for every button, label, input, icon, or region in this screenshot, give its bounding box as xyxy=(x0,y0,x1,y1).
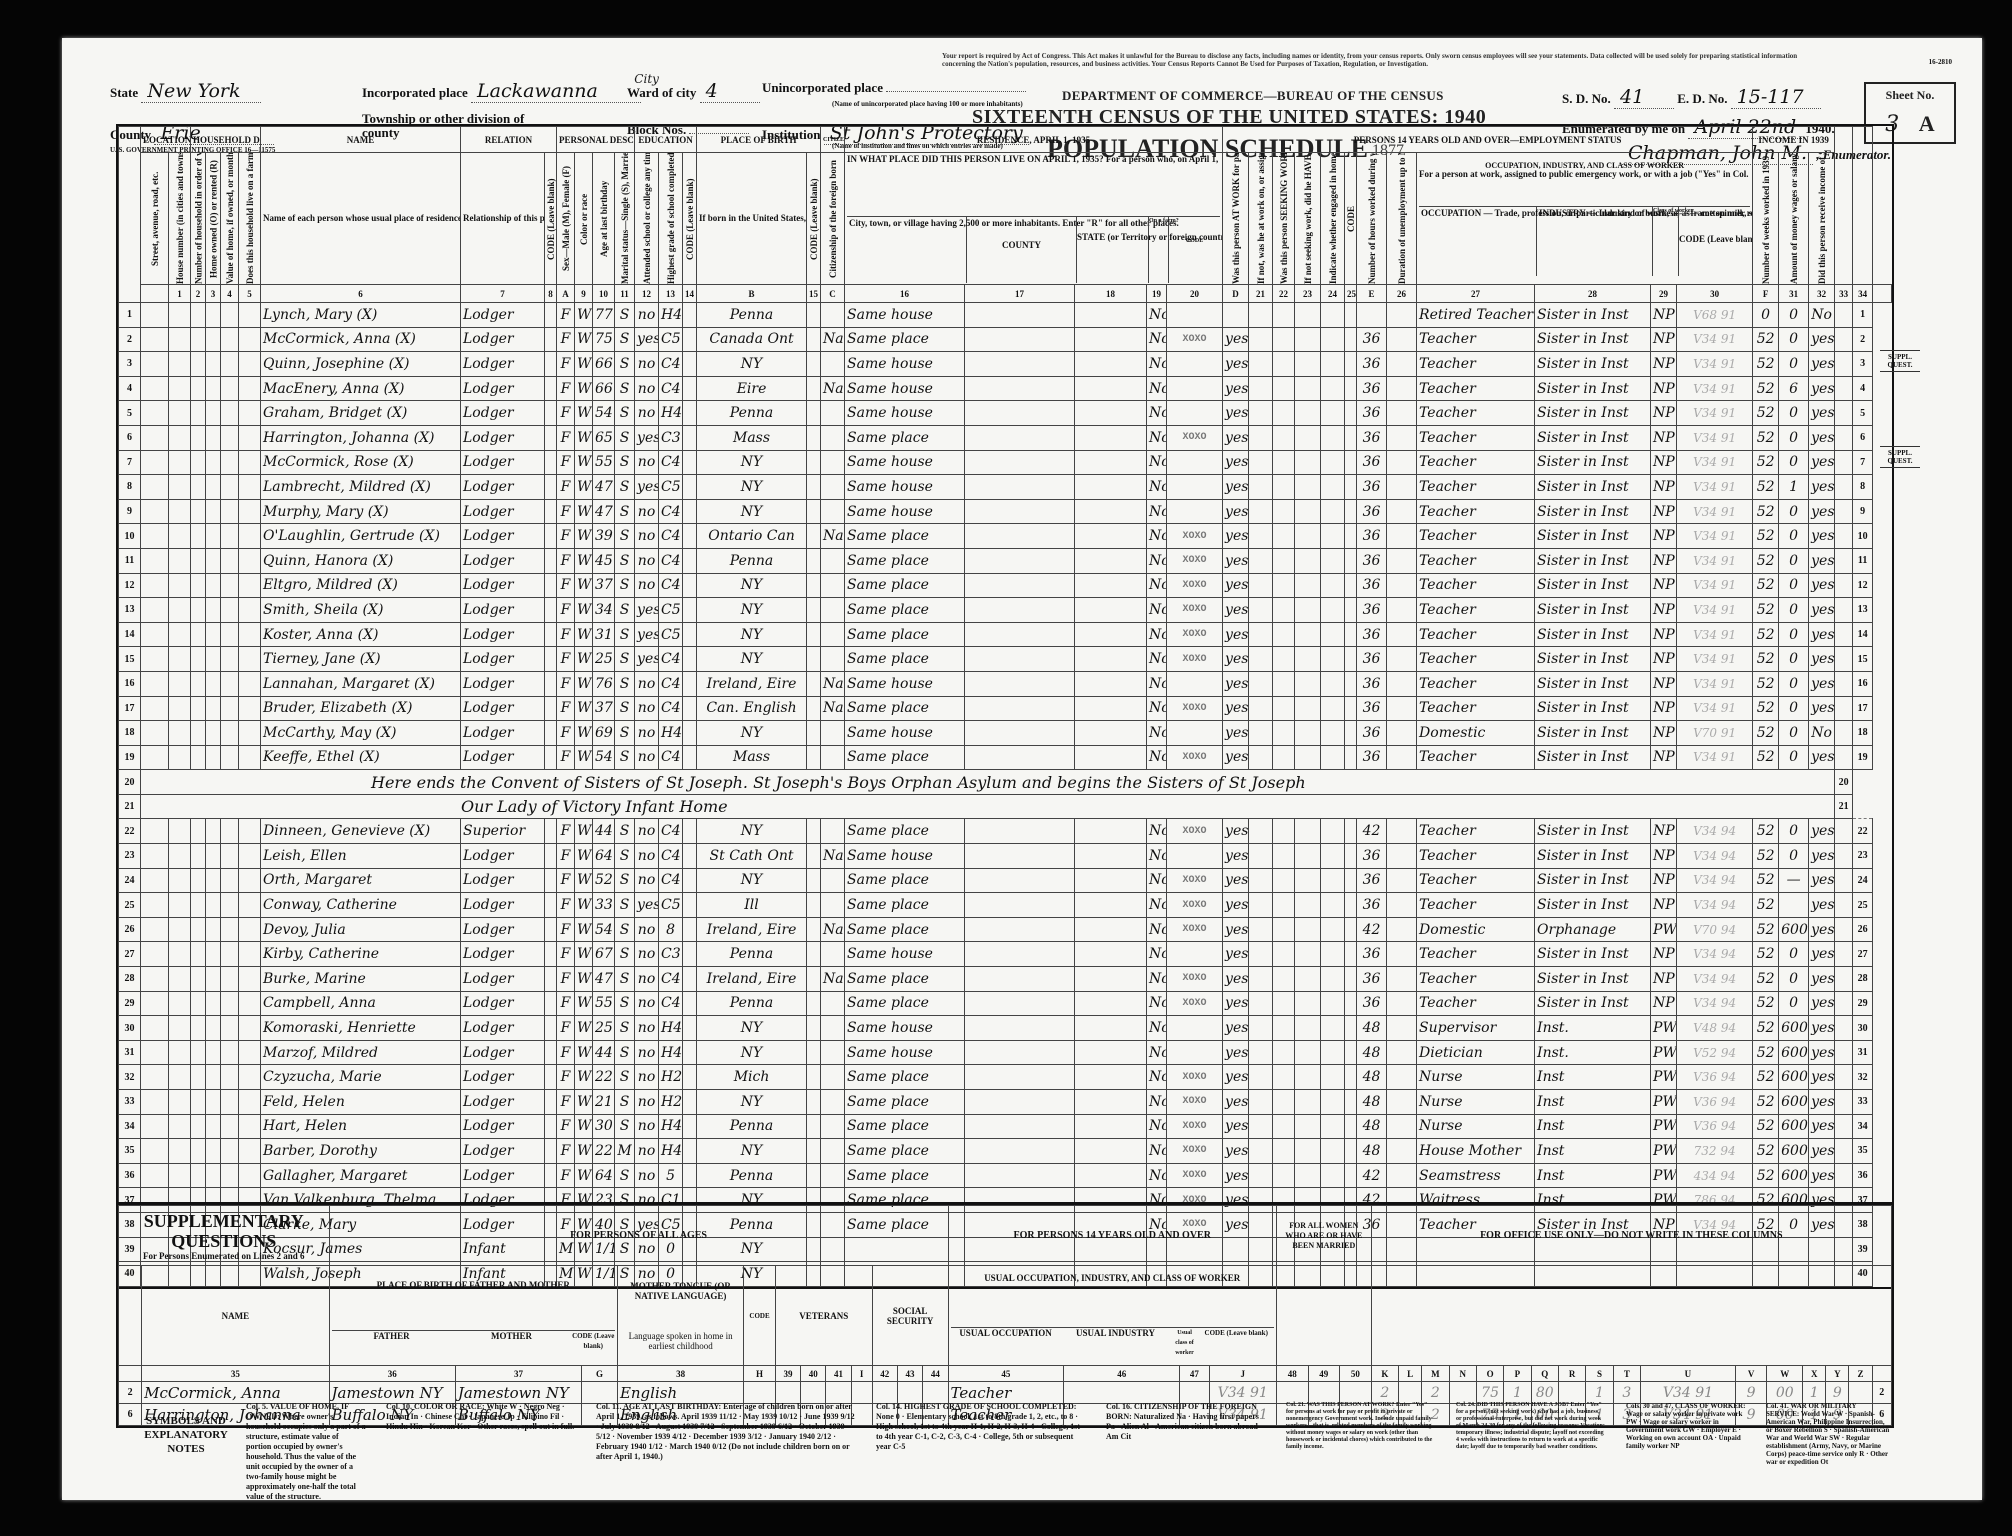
person-row: 12Eltgro, Mildred (X)LodgerFW37SnoC4NYSa… xyxy=(119,573,1892,598)
cell-hours: 36 xyxy=(1357,622,1387,647)
cell-xoxo xyxy=(1167,499,1223,524)
cell-grade: C3 xyxy=(659,942,683,967)
cell-relation: Lodger xyxy=(461,376,545,401)
empty-cell xyxy=(1345,450,1357,475)
cell-hours: 36 xyxy=(1357,573,1387,598)
cell-name: Kirby, Catherine xyxy=(261,942,461,967)
empty-cell xyxy=(1249,598,1273,623)
empty-cell xyxy=(239,819,261,844)
cell-hours: 36 xyxy=(1357,450,1387,475)
cell-atwork: yes xyxy=(1223,475,1249,500)
empty-cell xyxy=(1345,573,1357,598)
empty-cell xyxy=(1273,450,1295,475)
cell-relation: Lodger xyxy=(461,991,545,1016)
person-row: 29Campbell, AnnaLodgerFW55SnoC4PennaSame… xyxy=(119,991,1892,1016)
cell-name: Marzof, Mildred xyxy=(261,1040,461,1065)
cell-industry: Sister in Inst xyxy=(1535,868,1651,893)
empty-cell xyxy=(1273,352,1295,377)
empty-cell xyxy=(1273,475,1295,500)
empty-cell xyxy=(1295,450,1321,475)
cell-occupation: Supervisor xyxy=(1417,1016,1535,1041)
empty-cell xyxy=(965,1040,1075,1065)
cell-xoxo xyxy=(1167,671,1223,696)
empty-cell xyxy=(1835,819,1853,844)
cell-code: V34 91 xyxy=(1677,647,1753,672)
empty-cell xyxy=(221,893,239,918)
empty-cell xyxy=(1321,917,1345,942)
empty-cell xyxy=(1835,1090,1853,1115)
cell-line: 34 xyxy=(1853,1114,1873,1139)
cell-cit xyxy=(821,819,845,844)
empty-cell xyxy=(1075,499,1147,524)
cell-res: Same house xyxy=(845,499,965,524)
empty-cell xyxy=(191,573,206,598)
state-description: STATE (or Territory or foreign country) xyxy=(1077,217,1149,283)
empty-cell xyxy=(1295,1065,1321,1090)
person-row: 36Gallagher, MargaretLodgerFW64Sno5Penna… xyxy=(119,1163,1892,1188)
cell-birth: Mass xyxy=(697,745,807,770)
cell-cit: Na xyxy=(821,844,845,869)
cell-sex: F xyxy=(557,1163,575,1188)
cell-birth: Can. English xyxy=(697,696,807,721)
empty-cell xyxy=(807,499,821,524)
supp-column-number: X xyxy=(1803,1366,1826,1382)
cell-grade: C4 xyxy=(659,524,683,549)
empty-cell xyxy=(1387,303,1417,328)
supp-column-number: O xyxy=(1476,1366,1503,1382)
empty-cell xyxy=(1075,475,1147,500)
cell-school: yes xyxy=(635,647,659,672)
cell-atwork: yes xyxy=(1223,1016,1249,1041)
empty-cell xyxy=(1295,1016,1321,1041)
empty-cell xyxy=(1835,475,1853,500)
empty-cell xyxy=(1387,893,1417,918)
cell-name: Tierney, Jane (X) xyxy=(261,647,461,672)
empty-cell xyxy=(1835,721,1853,746)
cell-line: 6 xyxy=(1853,425,1873,450)
empty-cell xyxy=(1345,671,1357,696)
cell-line: 12 xyxy=(1853,573,1873,598)
empty-cell xyxy=(1075,819,1147,844)
cell-cit xyxy=(821,401,845,426)
cell-farm: No xyxy=(1147,721,1167,746)
empty-cell xyxy=(1345,622,1357,647)
empty-cell xyxy=(1075,893,1147,918)
cell-line: 16 xyxy=(1853,671,1873,696)
person-row: 19Keeffe, Ethel (X)LodgerFW54SnoC4MassSa… xyxy=(119,745,1892,770)
empty-cell xyxy=(1321,573,1345,598)
cell-sex: F xyxy=(557,819,575,844)
cell-hours: 36 xyxy=(1357,745,1387,770)
cell-line: 19 xyxy=(119,745,141,770)
supp-column-number: P xyxy=(1504,1366,1531,1382)
empty-cell xyxy=(206,745,221,770)
empty-cell xyxy=(1273,1040,1295,1065)
cell-xoxo xyxy=(1167,1040,1223,1065)
cell-sex: F xyxy=(557,327,575,352)
note-col5: Col. 5. VALUE OF HOME, IF OWNED: Where o… xyxy=(246,1402,366,1502)
empty-cell xyxy=(545,450,557,475)
cell-relation: Lodger xyxy=(461,352,545,377)
empty-cell xyxy=(206,844,221,869)
empty-cell xyxy=(141,696,169,721)
cell-birth: NY xyxy=(697,475,807,500)
cell-industry: Sister in Inst xyxy=(1535,401,1651,426)
empty-cell xyxy=(239,622,261,647)
cell-res: Same place xyxy=(845,1114,965,1139)
cell-relation: Lodger xyxy=(461,868,545,893)
empty-cell xyxy=(169,327,191,352)
empty-cell xyxy=(169,991,191,1016)
cell-class: NP xyxy=(1651,696,1677,721)
cell-school: no xyxy=(635,868,659,893)
cell-race: W xyxy=(575,967,593,992)
empty-cell xyxy=(965,450,1075,475)
supplementary-questions: SUPPLEMENTARY QUESTIONS For Persons Enum… xyxy=(116,1202,1894,1428)
cell-marital: S xyxy=(615,1016,635,1041)
supp-name-header: NAME xyxy=(142,1266,329,1366)
cell-hours xyxy=(1357,303,1387,328)
cell-hours: 48 xyxy=(1357,1040,1387,1065)
column-number: 17 xyxy=(965,285,1075,303)
cell-wages: 0 xyxy=(1779,745,1809,770)
cell-res: Same place xyxy=(845,819,965,844)
cell-weeks: 52 xyxy=(1753,721,1779,746)
cell-grade: C4 xyxy=(659,868,683,893)
cell-industry: Sister in Inst xyxy=(1535,475,1651,500)
person-row: 11Quinn, Hanora (X)LodgerFW45SnoC4PennaS… xyxy=(119,548,1892,573)
county-description: COUNTY xyxy=(967,217,1077,283)
cell-line: 29 xyxy=(1853,991,1873,1016)
cell-class: NP xyxy=(1651,573,1677,598)
empty-cell xyxy=(221,942,239,967)
cell-wages: 0 xyxy=(1779,573,1809,598)
cell-hours: 36 xyxy=(1357,499,1387,524)
empty-cell xyxy=(683,598,697,623)
cell-wages: 0 xyxy=(1779,352,1809,377)
empty-cell xyxy=(1387,401,1417,426)
column-number: 31 xyxy=(1779,285,1809,303)
empty-cell xyxy=(1345,745,1357,770)
cell-name: Leish, Ellen xyxy=(261,844,461,869)
empty-cell xyxy=(1273,1114,1295,1139)
person-row: 22Dinneen, Genevieve (X)SuperiorFW44SnoC… xyxy=(119,819,1892,844)
cell-cit: Na xyxy=(821,671,845,696)
empty-cell xyxy=(1835,425,1853,450)
cell-xoxo: XOXO xyxy=(1167,598,1223,623)
cell-wages: 6 xyxy=(1779,376,1809,401)
empty-cell xyxy=(1295,401,1321,426)
cell-code: V36 94 xyxy=(1677,1114,1753,1139)
cell-occupation: Teacher xyxy=(1417,376,1535,401)
empty-cell xyxy=(545,671,557,696)
column-number: 4 xyxy=(221,285,239,303)
cell-birth: NY xyxy=(697,868,807,893)
supp-column-number: M xyxy=(1422,1366,1449,1382)
empty-cell xyxy=(1321,327,1345,352)
empty-cell xyxy=(1321,868,1345,893)
empty-cell xyxy=(239,327,261,352)
supp-column-number: T xyxy=(1613,1366,1640,1382)
cell-name: Hart, Helen xyxy=(261,1114,461,1139)
cell-age: 37 xyxy=(593,573,615,598)
cell-relation: Lodger xyxy=(461,917,545,942)
empty-cell xyxy=(1273,671,1295,696)
cell-relation: Lodger xyxy=(461,967,545,992)
empty-cell xyxy=(1345,647,1357,672)
cell-industry: Sister in Inst xyxy=(1535,844,1651,869)
cell-atwork: yes xyxy=(1223,844,1249,869)
cell-farm: No xyxy=(1147,745,1167,770)
empty-cell xyxy=(1835,499,1853,524)
cell-line: 31 xyxy=(119,1040,141,1065)
cell-sex: F xyxy=(557,671,575,696)
empty-cell xyxy=(239,1016,261,1041)
note-col24: Col. 24. DID THIS PERSON HAVE A JOB? Ent… xyxy=(1456,1402,1606,1451)
empty-cell xyxy=(1075,401,1147,426)
empty-cell xyxy=(206,376,221,401)
empty-cell xyxy=(807,303,821,328)
cell-atwork: yes xyxy=(1223,1139,1249,1164)
cell-sex: F xyxy=(557,868,575,893)
cell-res: Same place xyxy=(845,967,965,992)
empty-cell xyxy=(1075,1016,1147,1041)
empty-cell xyxy=(1295,475,1321,500)
sd-label: S. D. No. xyxy=(1562,91,1611,106)
cell-marital: S xyxy=(615,917,635,942)
cell-code: V34 91 xyxy=(1677,524,1753,549)
empty-cell xyxy=(965,1065,1075,1090)
cell-birth: Penna xyxy=(697,303,807,328)
cell-line: 7 xyxy=(1853,450,1873,475)
cell-farm: No xyxy=(1147,499,1167,524)
cell-wages: 0 xyxy=(1779,967,1809,992)
empty-cell xyxy=(169,893,191,918)
empty-cell xyxy=(965,376,1075,401)
empty-cell xyxy=(1075,721,1147,746)
cell-grade: C4 xyxy=(659,696,683,721)
cell-class: NP xyxy=(1651,893,1677,918)
empty-cell xyxy=(807,647,821,672)
supp-column-number: R xyxy=(1558,1366,1585,1382)
cell-code: V34 91 xyxy=(1677,671,1753,696)
empty-cell xyxy=(1273,844,1295,869)
empty-cell xyxy=(191,745,206,770)
cell-relation: Lodger xyxy=(461,573,545,598)
empty-cell xyxy=(1075,844,1147,869)
cell-wages: 0 xyxy=(1779,696,1809,721)
empty-cell xyxy=(683,844,697,869)
cell-school: no xyxy=(635,499,659,524)
empty-cell xyxy=(1075,352,1147,377)
cell-xoxo: XOXO xyxy=(1167,647,1223,672)
empty-cell xyxy=(141,499,169,524)
empty-cell xyxy=(141,819,169,844)
empty-cell xyxy=(807,524,821,549)
cell-sex: F xyxy=(557,1065,575,1090)
cell-line: 2 xyxy=(1853,327,1873,352)
cell-class: NP xyxy=(1651,548,1677,573)
cell-wages: 0 xyxy=(1779,524,1809,549)
empty-cell xyxy=(683,1040,697,1065)
cell-res: Same place xyxy=(845,1090,965,1115)
cell-weeks: 52 xyxy=(1753,967,1779,992)
office-use-header: FOR OFFICE USE ONLY—DO NOT WRITE IN THES… xyxy=(1371,1206,1891,1266)
empty-cell xyxy=(169,721,191,746)
empty-cell xyxy=(191,671,206,696)
supp-column-number: 46 xyxy=(1064,1366,1180,1382)
cell-grade: 5 xyxy=(659,1163,683,1188)
empty-cell xyxy=(683,622,697,647)
cell-class: NP xyxy=(1651,868,1677,893)
cell-farm: No xyxy=(1147,844,1167,869)
cell-race: W xyxy=(575,327,593,352)
cell-code: V34 94 xyxy=(1677,991,1753,1016)
cell-school: no xyxy=(635,991,659,1016)
cell-sex: F xyxy=(557,647,575,672)
column-number: 16 xyxy=(845,285,965,303)
cell-school: no xyxy=(635,745,659,770)
empty-cell xyxy=(206,499,221,524)
cell-weeks: 52 xyxy=(1753,622,1779,647)
cell-xoxo: XOXO xyxy=(1167,868,1223,893)
empty-cell xyxy=(1321,475,1345,500)
institution-boundary-note: Here ends the Convent of Sisters of St J… xyxy=(371,773,1306,792)
empty-cell xyxy=(1387,622,1417,647)
cell-line: 35 xyxy=(119,1139,141,1164)
women-header: FOR ALL WOMEN WHO ARE OR HAVE BEEN MARRI… xyxy=(1276,1206,1371,1266)
column-number: 19 xyxy=(1147,285,1167,303)
supp-column-number: 48 xyxy=(1276,1366,1308,1382)
empty-cell xyxy=(545,893,557,918)
cell-code: 434 94 xyxy=(1677,1163,1753,1188)
cell-class: NP xyxy=(1651,425,1677,450)
empty-cell xyxy=(1273,622,1295,647)
empty-cell xyxy=(1273,1163,1295,1188)
cell-birth: Penna xyxy=(697,942,807,967)
empty-cell xyxy=(1321,745,1345,770)
cell-atwork: yes xyxy=(1223,967,1249,992)
cell-weeks: 0 xyxy=(1753,303,1779,328)
cell-marital: S xyxy=(615,1090,635,1115)
cell-class: PW xyxy=(1651,917,1677,942)
cell-atwork: yes xyxy=(1223,745,1249,770)
column-number: 11 xyxy=(615,285,635,303)
empty-cell xyxy=(965,1090,1075,1115)
cell-res: Same house xyxy=(845,942,965,967)
empty-cell xyxy=(1345,303,1357,328)
cell-res: Same place xyxy=(845,425,965,450)
empty-cell xyxy=(191,401,206,426)
empty-cell xyxy=(965,1016,1075,1041)
empty-cell xyxy=(169,548,191,573)
supp-column-number: H xyxy=(744,1366,776,1382)
empty-cell xyxy=(1835,1114,1853,1139)
empty-cell xyxy=(221,573,239,598)
empty-cell xyxy=(1321,598,1345,623)
empty-cell xyxy=(191,499,206,524)
cell-race: W xyxy=(575,573,593,598)
empty-cell xyxy=(807,1114,821,1139)
sheet-side: A xyxy=(1919,111,1935,136)
parents-birth-header: PLACE OF BIRTH OF FATHER AND MOTHER FATH… xyxy=(329,1266,617,1366)
empty-cell xyxy=(1387,647,1417,672)
empty-cell xyxy=(169,696,191,721)
cell-code: V34 91 xyxy=(1677,499,1753,524)
empty-cell xyxy=(683,1163,697,1188)
cell-cit xyxy=(821,450,845,475)
empty-cell xyxy=(1295,893,1321,918)
cell-class: NP xyxy=(1651,327,1677,352)
cell-code: V34 91 xyxy=(1677,598,1753,623)
empty-cell xyxy=(545,376,557,401)
empty-cell xyxy=(1295,991,1321,1016)
cell-name: Lannahan, Margaret (X) xyxy=(261,671,461,696)
empty-cell xyxy=(1295,819,1321,844)
cell-race: W xyxy=(575,1090,593,1115)
cell-other: yes xyxy=(1809,1139,1835,1164)
cell-wages: 0 xyxy=(1779,303,1809,328)
ind-description: INDUSTRY — Industry or business, as— cot… xyxy=(1537,207,1653,276)
empty-cell xyxy=(1387,475,1417,500)
cell-weeks: 52 xyxy=(1753,844,1779,869)
empty-cell xyxy=(1835,893,1853,918)
empty-cell xyxy=(965,475,1075,500)
supp-subtitle: For Persons Enumerated on Lines 2 and 6 xyxy=(121,1251,327,1261)
empty-cell xyxy=(1835,1016,1853,1041)
empty-cell xyxy=(239,745,261,770)
cell-wages: 0 xyxy=(1779,671,1809,696)
cell-code: V70 94 xyxy=(1677,917,1753,942)
cell-name: Orth, Margaret xyxy=(261,868,461,893)
cell-line: 4 xyxy=(119,376,141,401)
supp-column-number: Q xyxy=(1531,1366,1558,1382)
empty-cell xyxy=(1387,868,1417,893)
cell-other: yes xyxy=(1809,475,1835,500)
empty-cell xyxy=(1075,1065,1147,1090)
empty-cell xyxy=(221,1040,239,1065)
person-row: 13Smith, Sheila (X)LodgerFW34SyesC5NYSam… xyxy=(119,598,1892,623)
cell-weeks: 52 xyxy=(1753,696,1779,721)
empty-cell xyxy=(1075,303,1147,328)
cell-industry: Sister in Inst xyxy=(1535,622,1651,647)
cell-atwork: yes xyxy=(1223,1114,1249,1139)
cell-line: 24 xyxy=(1853,868,1873,893)
cell-age: 67 xyxy=(593,942,615,967)
empty-cell xyxy=(545,1016,557,1041)
empty-cell xyxy=(141,622,169,647)
cell-xoxo: XOXO xyxy=(1167,1065,1223,1090)
cell-farm: No xyxy=(1147,1139,1167,1164)
cell-line: 8 xyxy=(119,475,141,500)
cell-res: Same place xyxy=(845,327,965,352)
empty-cell xyxy=(807,598,821,623)
cell-code: V34 91 xyxy=(1677,622,1753,647)
empty-cell xyxy=(221,1016,239,1041)
empty-cell xyxy=(1075,450,1147,475)
empty-cell xyxy=(1835,647,1853,672)
cell-relation: Lodger xyxy=(461,1090,545,1115)
empty-cell xyxy=(141,991,169,1016)
cell-relation: Lodger xyxy=(461,647,545,672)
cell-occupation: Teacher xyxy=(1417,425,1535,450)
empty-cell xyxy=(965,721,1075,746)
empty-cell xyxy=(683,1139,697,1164)
empty-cell xyxy=(239,868,261,893)
household-header: HOUSEHOLD DATA xyxy=(191,127,261,153)
person-row: 25Conway, CatherineLodgerFW33SyesC5IllSa… xyxy=(119,893,1892,918)
supp-column-number: 49 xyxy=(1308,1366,1340,1382)
